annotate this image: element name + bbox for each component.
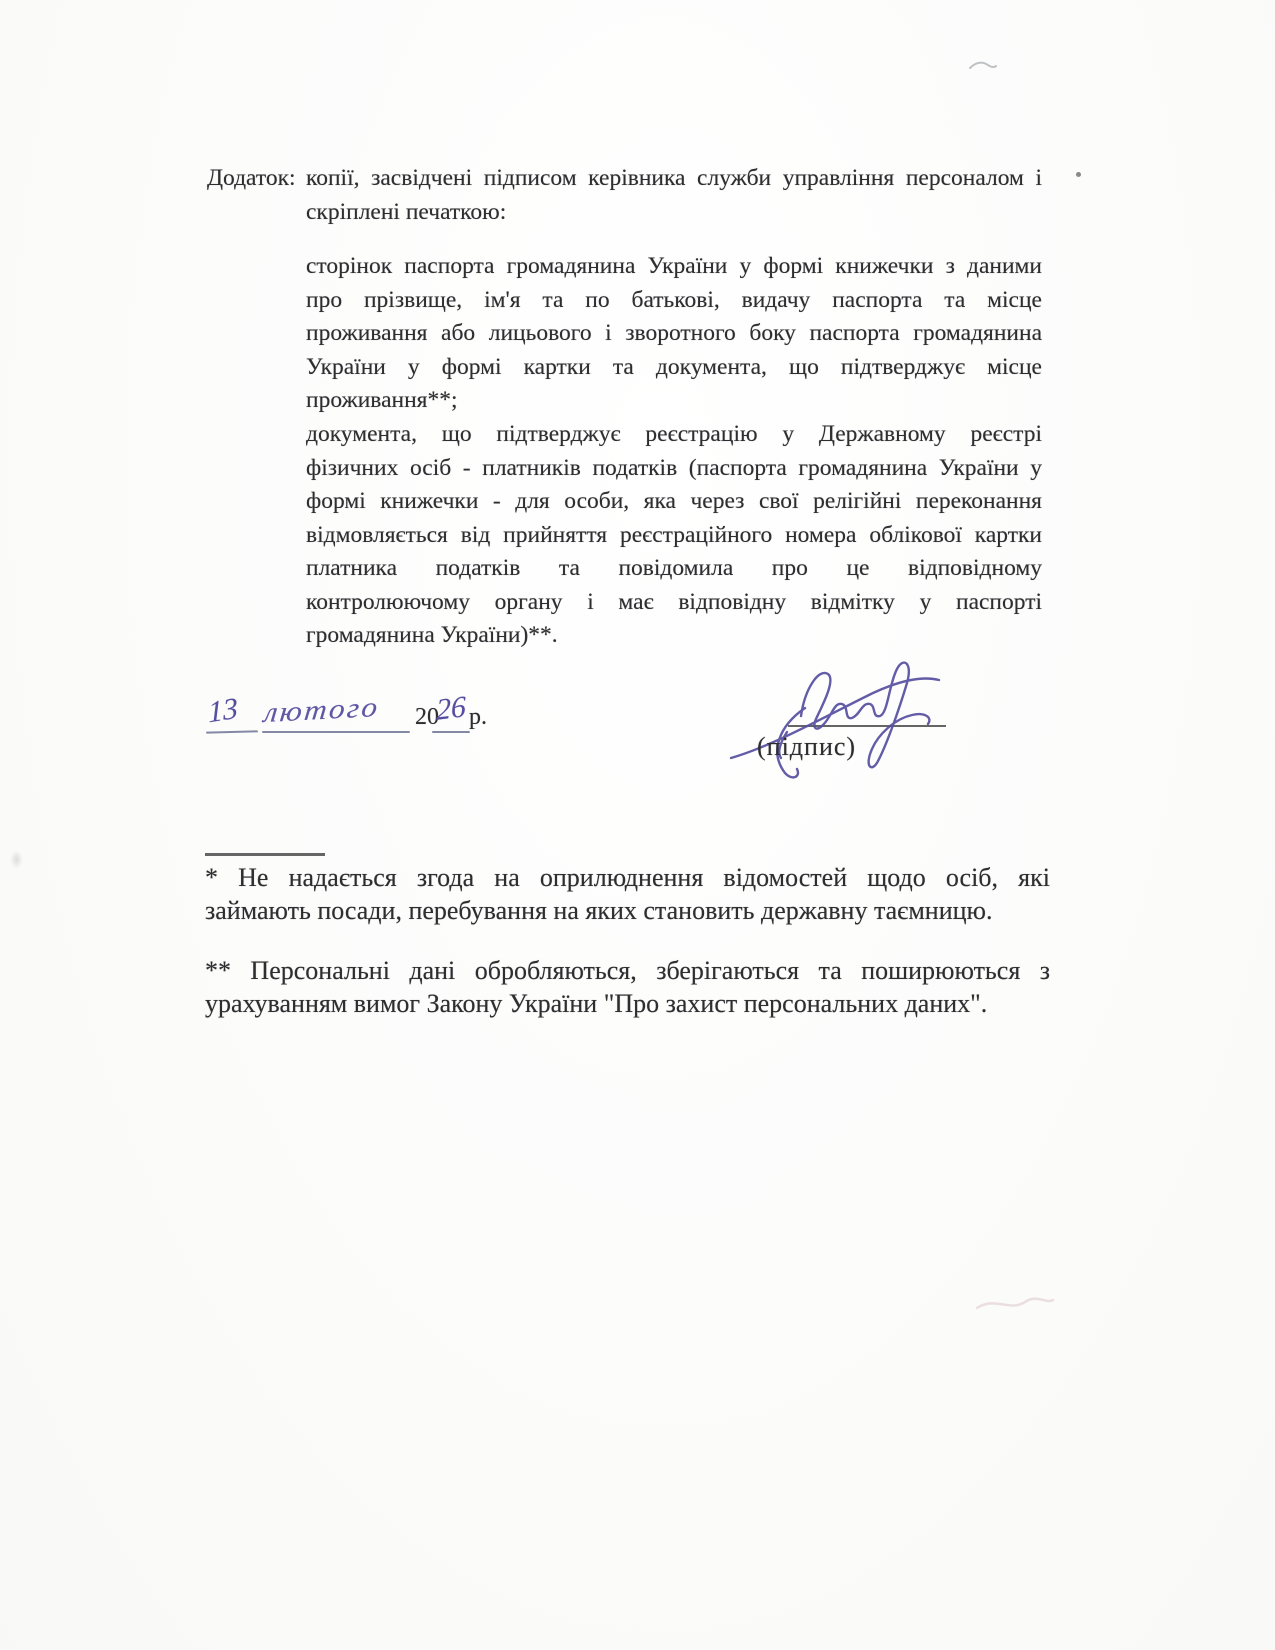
text-line: контролюючому органу і має відповідну ві…	[306, 586, 1042, 620]
text-line: * Не надається згода на оприлюднення від…	[205, 861, 1050, 894]
text-line: проживання або лицьового і зворотного бо…	[306, 317, 1042, 351]
scan-smudge-left-edge	[10, 850, 23, 869]
text-line: копії, засвідчені підписом керівника слу…	[306, 162, 1042, 196]
text-line: скріплені печаткою:	[306, 196, 1042, 230]
printed-year-suffix: р.	[469, 704, 487, 731]
footnote-state-secret: * Не надається згода на оприлюднення від…	[205, 861, 1050, 927]
text-line: сторінок паспорта громадянина України у …	[306, 250, 1042, 284]
text-line: ** Персональні дані обробляються, зберіг…	[205, 954, 1050, 987]
footnote-personal-data: ** Персональні дані обробляються, зберіг…	[205, 954, 1050, 1020]
text-line: України у формі картки та документа, що …	[306, 351, 1042, 385]
text-line: про прізвище, ім'я та по батькові, видач…	[306, 284, 1042, 318]
paragraph-passport-copies: сторінок паспорта громадянина України у …	[306, 250, 1042, 418]
handwritten-day: 13	[207, 692, 238, 731]
handwritten-month: лютого	[262, 692, 381, 730]
date-day-underline	[206, 730, 258, 733]
signature-caption: (підпис)	[757, 732, 856, 762]
footnote-separator	[205, 853, 325, 856]
handwritten-year: 26	[436, 690, 466, 728]
scanned-page: Додаток: копії, засвідчені підписом кері…	[0, 0, 1275, 1650]
text-line: відмовляється від прийняття реєстраційно…	[306, 519, 1042, 553]
text-line: формі книжечки - для особи, яка через св…	[306, 485, 1042, 519]
text-line: документа, що підтверджує реєстрацію у Д…	[306, 418, 1042, 452]
attachment-label: Додаток:	[207, 162, 296, 196]
text-line: проживання**;	[306, 384, 1042, 418]
scan-speck	[1076, 172, 1081, 177]
scan-smudge-top-right	[968, 58, 998, 72]
attachment-intro-text: копії, засвідчені підписом керівника слу…	[306, 162, 1042, 229]
date-year-underline	[432, 731, 470, 733]
scan-smudge-bottom-right	[975, 1288, 1055, 1318]
text-line: займають посади, перебування на яких ста…	[205, 894, 1050, 927]
text-line: фізичних осіб - платників податків (пасп…	[306, 452, 1042, 486]
paragraph-tax-registry: документа, що підтверджує реєстрацію у Д…	[306, 418, 1042, 653]
text-line: урахуванням вимог Закону України "Про за…	[205, 987, 1050, 1020]
text-line: платника податків та повідомила про це в…	[306, 552, 1042, 586]
date-month-underline	[262, 731, 410, 733]
